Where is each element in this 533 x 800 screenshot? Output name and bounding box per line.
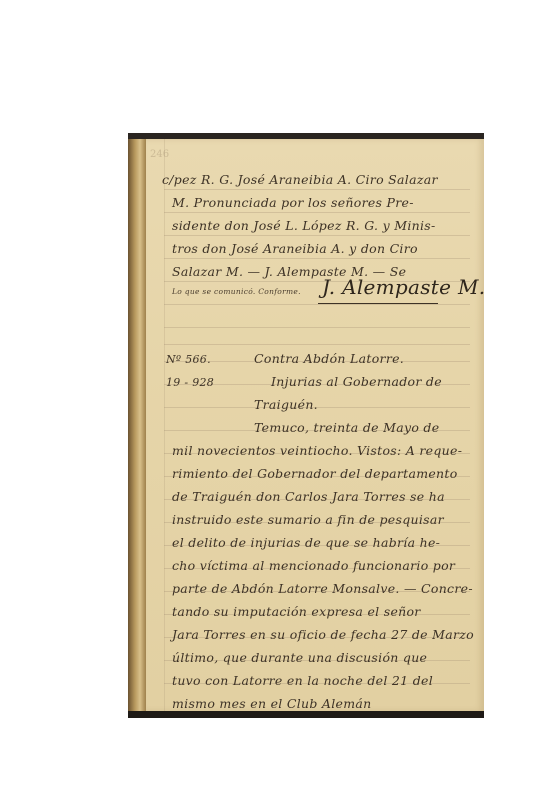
- ruled-line: [164, 189, 470, 190]
- handwritten-line: tros don José Araneibia A. y don Ciro: [172, 241, 418, 256]
- case-title-line: Traiguén.: [254, 397, 318, 412]
- ruled-line: [164, 304, 470, 305]
- body-line: mismo mes en el Club Alemán: [172, 696, 372, 711]
- closing-note: Lo que se comunicó. Conforme.: [172, 287, 301, 296]
- ruled-line: [164, 258, 470, 259]
- handwritten-line: c/pez R. G. José Araneibia A. Ciro Salaz…: [162, 172, 438, 187]
- body-line: cho víctima al mencionado funcionario po…: [172, 558, 455, 573]
- body-line: Jara Torres en su oficio de fecha 27 de …: [172, 627, 474, 642]
- ruled-line: [164, 235, 470, 236]
- case-title-line: Injurias al Gobernador de: [271, 374, 442, 389]
- body-line: tuvo con Latorre en la noche del 21 del: [172, 673, 433, 688]
- case-date: 19 - 928: [166, 376, 214, 389]
- book-page-stack-edge: [128, 139, 148, 714]
- body-line: último, que durante una discusión que: [172, 650, 427, 665]
- ruled-line: [164, 212, 470, 213]
- body-line: el delito de injurias de que se habría h…: [172, 535, 440, 550]
- page-number: 246: [150, 149, 169, 160]
- ruled-line: [164, 327, 470, 328]
- body-line: instruido este sumario a fin de pesquisa…: [172, 512, 444, 527]
- handwritten-line: M. Pronunciada por los señores Pre-: [172, 195, 414, 210]
- signature: J. Alempaste M.: [322, 275, 485, 299]
- body-line: tando su imputación expresa el señor: [172, 604, 421, 619]
- case-number: Nº 566.: [166, 353, 211, 366]
- body-line: mil novecientos veintiocho. Vistos: A re…: [172, 443, 462, 458]
- body-line: Temuco, treinta de Mayo de: [254, 420, 439, 435]
- body-line: parte de Abdón Latorre Monsalve. — Concr…: [172, 581, 473, 596]
- ledger-page: 246 c/pez R. G. José Araneibia A. Ciro S…: [146, 139, 484, 711]
- body-line: de Traiguén don Carlos Jara Torres se ha: [172, 489, 445, 504]
- body-line: rimiento del Gobernador del departamento: [172, 466, 458, 481]
- scan-bottom-edge: [128, 711, 484, 718]
- signature-underline: [318, 303, 438, 304]
- handwritten-line: sidente don José L. López R. G. y Minis-: [172, 218, 436, 233]
- margin-rule: [164, 139, 165, 711]
- ruled-line: [164, 344, 470, 345]
- case-title-line: Contra Abdón Latorre.: [254, 351, 404, 366]
